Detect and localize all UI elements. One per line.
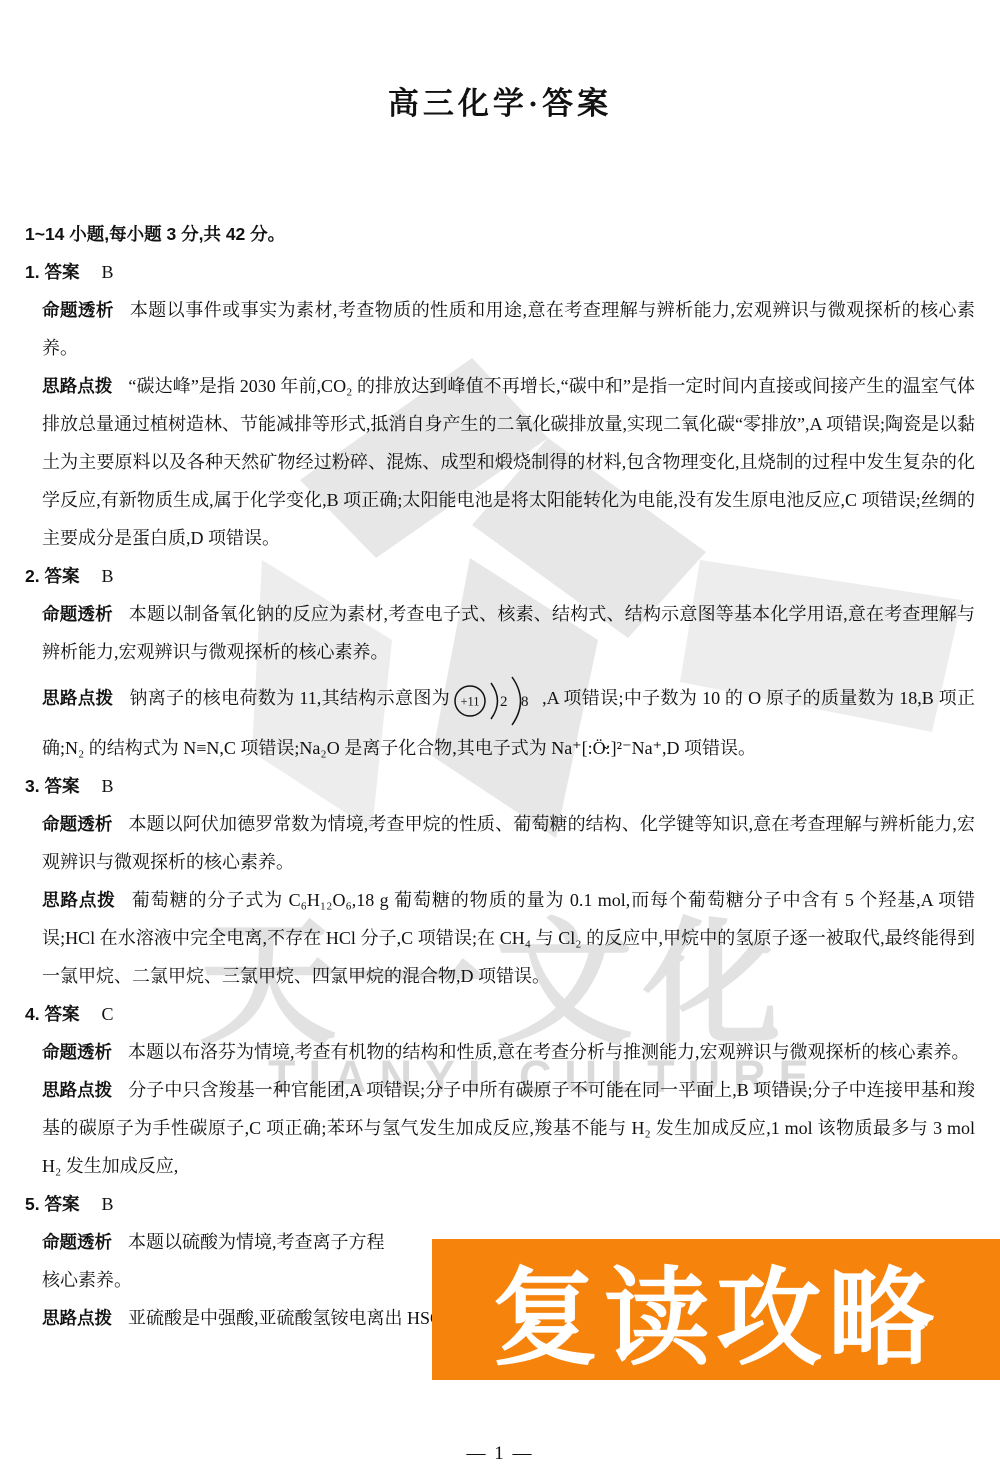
shell-1-electrons: 2 bbox=[500, 694, 508, 710]
answer-item-1: 1. 答案B 命题透析本题以事件或事实为素材,考查物质的性质和用途,意在考查理解… bbox=[25, 253, 975, 557]
answer-sheet-page: 天一文化 TIANYI CULTURE 高三化学·答案 1~14 小题,每小题 … bbox=[0, 0, 1000, 1481]
answer-label: 答案 bbox=[44, 566, 79, 586]
item-number: 5. bbox=[25, 1194, 40, 1214]
hint-label: 思路点拨 bbox=[42, 1308, 112, 1328]
hint-label: 思路点拨 bbox=[42, 376, 112, 396]
promo-banner[interactable]: 复读攻略 bbox=[432, 1239, 1000, 1380]
answer-letter: C bbox=[101, 1004, 113, 1024]
item-number: 2. bbox=[25, 566, 40, 586]
analysis-paragraph: 命题透析本题以事件或事实为素材,考查物质的性质和用途,意在考查理解与辨析能力,宏… bbox=[42, 291, 975, 367]
answer-line: 2. 答案B bbox=[25, 557, 975, 595]
answer-line: 3. 答案B bbox=[25, 767, 975, 805]
analysis-label: 命题透析 bbox=[42, 1232, 112, 1252]
answer-letter: B bbox=[101, 262, 113, 282]
answer-line: 5. 答案B bbox=[25, 1185, 975, 1223]
answer-letter: B bbox=[101, 566, 113, 586]
hint-text: 葡萄糖的分子式为 C₆H₁₂O₆,18 g 葡萄糖的物质的量为 0.1 mol,… bbox=[42, 890, 975, 986]
answer-letter: B bbox=[101, 776, 113, 796]
analysis-text: 本题以阿伏加德罗常数为情境,考查甲烷的性质、葡萄糖的结构、化学键等知识,意在考查… bbox=[42, 814, 975, 872]
answer-label: 答案 bbox=[44, 262, 79, 282]
answer-item-4: 4. 答案C 命题透析本题以布洛芬为情境,考查有机物的结构和性质,意在考查分析与… bbox=[25, 995, 975, 1185]
answer-letter: B bbox=[101, 1194, 113, 1214]
hint-paragraph: 思路点拨分子中只含羧基一种官能团,A 项错误;分子中所有碳原子不可能在同一平面上… bbox=[42, 1071, 975, 1185]
shell-2-electrons: 8 bbox=[521, 694, 529, 710]
analysis-text: 本题以事件或事实为素材,考查物质的性质和用途,意在考查理解与辨析能力,宏观辨识与… bbox=[42, 300, 975, 358]
analysis-label: 命题透析 bbox=[42, 300, 114, 320]
item-number: 1. bbox=[25, 262, 40, 282]
analysis-paragraph: 命题透析本题以布洛芬为情境,考查有机物的结构和性质,意在考查分析与推测能力,宏观… bbox=[42, 1033, 975, 1071]
answer-line: 4. 答案C bbox=[25, 995, 975, 1033]
hint-paragraph: 思路点拨葡萄糖的分子式为 C₆H₁₂O₆,18 g 葡萄糖的物质的量为 0.1 … bbox=[42, 881, 975, 995]
page-title: 高三化学·答案 bbox=[0, 0, 1000, 123]
hint-label: 思路点拨 bbox=[42, 1080, 112, 1100]
answer-label: 答案 bbox=[44, 1194, 79, 1214]
analysis-label: 命题透析 bbox=[42, 814, 112, 834]
atom-structure-diagram: +1128 bbox=[452, 671, 540, 729]
answer-item-3: 3. 答案B 命题透析本题以阿伏加德罗常数为情境,考查甲烷的性质、葡萄糖的结构、… bbox=[25, 767, 975, 995]
answer-line: 1. 答案B bbox=[25, 253, 975, 291]
nucleus-charge: +11 bbox=[461, 695, 480, 709]
answers-content: 1~14 小题,每小题 3 分,共 42 分。 1. 答案B 命题透析本题以事件… bbox=[25, 215, 975, 1337]
scoring-note: 1~14 小题,每小题 3 分,共 42 分。 bbox=[25, 215, 975, 253]
hint-text: “碳达峰”是指 2030 年前,CO₂ 的排放达到峰值不再增长,“碳中和”是指一… bbox=[42, 376, 975, 548]
analysis-paragraph: 命题透析本题以制备氧化钠的反应为素材,考查电子式、核素、结构式、结构示意图等基本… bbox=[42, 595, 975, 671]
hint-paragraph: 思路点拨钠离子的核电荷数为 11,其结构示意图为+1128,A 项错误;中子数为… bbox=[42, 671, 975, 767]
hint-label: 思路点拨 bbox=[42, 890, 116, 910]
item-number: 3. bbox=[25, 776, 40, 796]
item-number: 4. bbox=[25, 1004, 40, 1024]
analysis-text-line1: 本题以硫酸为情境,考查离子方程 bbox=[128, 1232, 385, 1252]
answer-item-2: 2. 答案B 命题透析本题以制备氧化钠的反应为素材,考查电子式、核素、结构式、结… bbox=[25, 557, 975, 767]
promo-banner-text: 复读攻略 bbox=[492, 1234, 940, 1386]
analysis-label: 命题透析 bbox=[42, 604, 113, 624]
analysis-text: 本题以制备氧化钠的反应为素材,考查电子式、核素、结构式、结构示意图等基本化学用语… bbox=[42, 604, 975, 662]
hint-label: 思路点拨 bbox=[42, 688, 113, 708]
analysis-label: 命题透析 bbox=[42, 1042, 112, 1062]
hint-paragraph: 思路点拨“碳达峰”是指 2030 年前,CO₂ 的排放达到峰值不再增长,“碳中和… bbox=[42, 367, 975, 557]
page-number: — 1 — bbox=[0, 1443, 1000, 1465]
hint-text-pre: 钠离子的核电荷数为 11,其结构示意图为 bbox=[129, 688, 450, 708]
analysis-paragraph: 命题透析本题以阿伏加德罗常数为情境,考查甲烷的性质、葡萄糖的结构、化学键等知识,… bbox=[42, 805, 975, 881]
answer-label: 答案 bbox=[44, 1004, 79, 1024]
hint-text: 分子中只含羧基一种官能团,A 项错误;分子中所有碳原子不可能在同一平面上,B 项… bbox=[42, 1080, 975, 1176]
answer-label: 答案 bbox=[44, 776, 79, 796]
analysis-text: 本题以布洛芬为情境,考查有机物的结构和性质,意在考查分析与推测能力,宏观辨识与微… bbox=[128, 1042, 970, 1062]
